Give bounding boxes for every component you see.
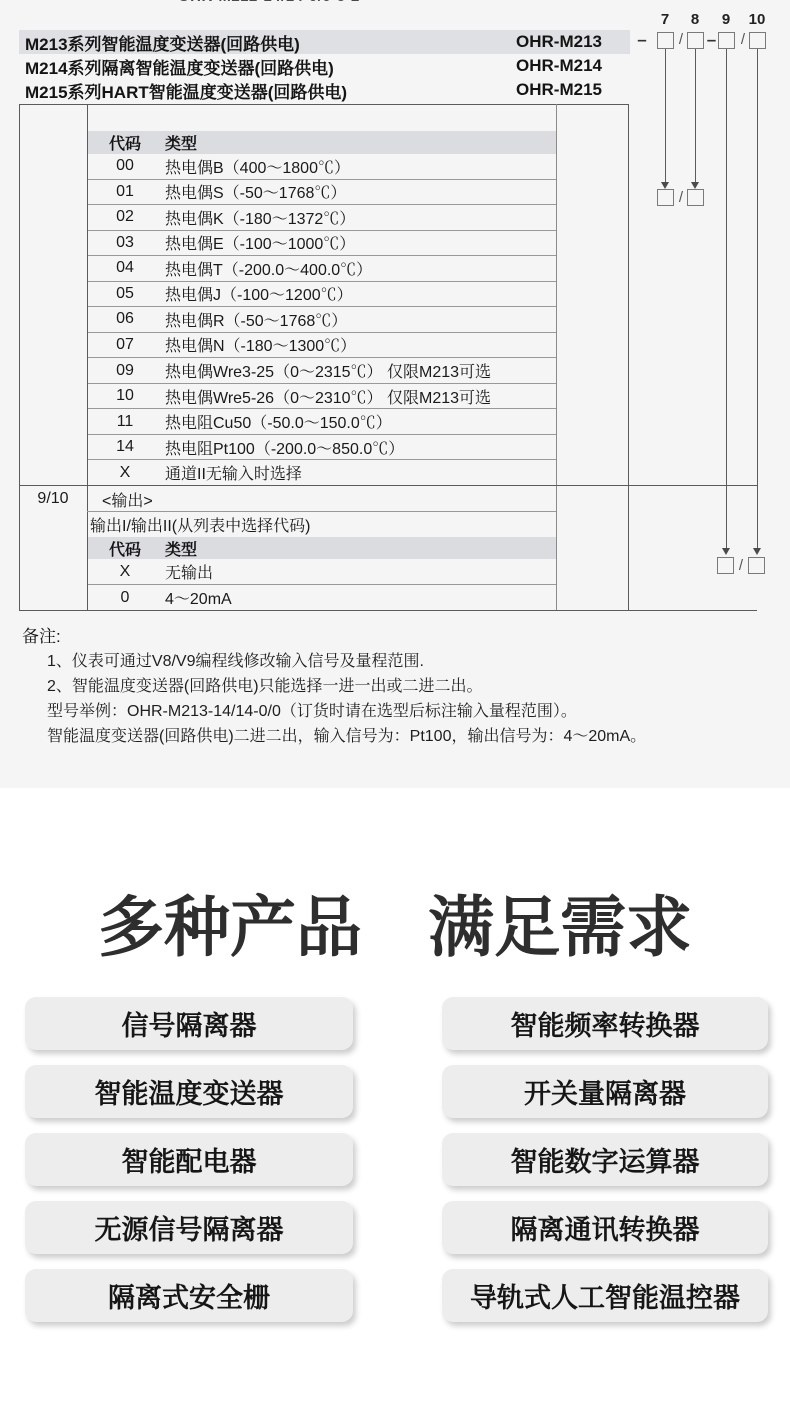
selection-box-8-target [687,189,704,206]
dash-separator: – [705,31,718,48]
type-code: 02 [88,208,162,226]
selection-box-10 [749,32,766,49]
input-type-row: 14热电阻Pt100（-200.0～850.0℃） [88,435,556,461]
type-desc: 热电偶B（400～1800℃） [162,155,350,178]
series-name: M214系列隔离智能温度变送器(回路供电) [25,54,334,79]
product-button-safety-barrier[interactable]: 隔离式安全栅 [25,1269,353,1322]
slash-separator: / [675,189,687,207]
output-table-body: X无输出 04～20mA [88,559,556,610]
slash-separator: / [737,31,749,49]
table-border-top [19,104,628,105]
dash-separator: – [634,31,650,48]
product-button-comm-converter[interactable]: 隔离通讯转换器 [442,1201,768,1254]
type-desc: 热电偶Wre5-26（0～2310℃） 仅限M213可选 [162,385,491,408]
product-button-switch-isolator[interactable]: 开关量隔离器 [442,1065,768,1118]
product-button-passive-isolator[interactable]: 无源信号隔离器 [25,1201,353,1254]
type-desc: 4～20mA [162,586,232,609]
input-type-row: 05热电偶J（-100～1200℃） [88,282,556,308]
digit-label-7: 7 [653,11,677,28]
type-column-header: 类型 [162,537,197,560]
selection-box-9 [718,32,735,49]
type-desc: 热电偶E（-100～1000℃） [162,231,355,254]
arrow-down-icon [722,548,730,555]
type-desc: 热电阻Pt100（-200.0～850.0℃） [162,436,404,459]
product-button-frequency-converter[interactable]: 智能频率转换器 [442,997,768,1050]
arrow-down-icon [753,548,761,555]
selection-box-7-target [657,189,674,206]
input-type-row: 03热电偶E（-100～1000℃） [88,231,556,257]
selection-box-10-target [748,557,765,574]
type-code: 14 [88,438,162,456]
series-row-m213: M213系列智能温度变送器(回路供电) OHR-M213 [19,30,630,54]
type-desc: 热电偶T（-200.0～400.0℃） [162,257,372,280]
input-table-header: 代码 类型 [88,131,556,154]
type-code: 03 [88,234,162,252]
note-line: 2、智能温度变送器(回路供电)只能选择一进一出或二进二出。 [47,674,777,699]
type-desc: 热电偶R（-50～1768℃） [162,308,347,331]
connector-line-8 [695,49,696,182]
product-button-signal-isolator[interactable]: 信号隔离器 [25,997,353,1050]
inner-table-border-right [556,104,557,610]
input-type-row: 10热电偶Wre5-26（0～2310℃） 仅限M213可选 [88,384,556,410]
series-model: OHR-M214 [516,56,602,76]
output-table-header: 代码 类型 [88,537,556,559]
type-desc: 热电阻Cu50（-50.0～150.0℃） [162,410,392,433]
type-desc: 热电偶S（-50～1768℃） [162,180,346,203]
output-type-row: X无输出 [88,559,556,585]
input-table-body: 00热电偶B（400～1800℃） 01热电偶S（-50～1768℃） 02热电… [88,154,556,485]
arrow-down-icon [691,182,699,189]
series-row-m215: M215系列HART智能温度变送器(回路供电) OHR-M215 [19,78,630,102]
type-desc: 无输出 [162,560,213,583]
type-desc: 热电偶N（-180～1300℃） [162,333,356,356]
slash-separator: / [675,31,687,49]
input-type-row: 11热电阻Cu50（-50.0～150.0℃） [88,409,556,435]
series-row-m214: M214系列隔离智能温度变送器(回路供电) OHR-M214 [19,54,630,78]
table-border-right [628,104,629,610]
position-label-9-10: 9/10 [19,487,87,511]
table-border-bottom [19,610,757,611]
code-column-header: 代码 [88,537,162,560]
model-spec-section: OHR-M212-14/14-0/0-5-2 7 8 9 10 M213系列智能… [0,0,790,788]
product-button-temp-transmitter[interactable]: 智能温度变送器 [25,1065,353,1118]
connector-line-10 [757,49,758,548]
input-type-row: 07热电偶N（-180～1300℃） [88,333,556,359]
output-type-row: 04～20mA [88,585,556,610]
clipped-model-text: OHR-M212-14/14-0/0-5-2 [178,0,508,7]
arrow-down-icon [661,182,669,189]
digit-label-10: 10 [745,11,769,28]
note-line: 智能温度变送器(回路供电)二进二出，输入信号为：Pt100，输出信号为：4～20… [47,724,777,749]
type-code: 01 [88,183,162,201]
notes-title: 备注: [22,622,61,647]
type-desc: 热电偶Wre3-25（0～2315℃） 仅限M213可选 [162,359,491,382]
type-code: X [88,464,162,482]
slash-separator: / [735,557,747,575]
type-column-header: 类型 [162,131,197,154]
input-type-row: 04热电偶T（-200.0～400.0℃） [88,256,556,282]
selection-box-8 [687,32,704,49]
output-subtitle: 输出I/输出II(从列表中选择代码) [90,512,310,536]
product-button-digital-calculator[interactable]: 智能数字运算器 [442,1133,768,1186]
series-name: M215系列HART智能温度变送器(回路供电) [25,78,347,103]
input-type-row: 02热电偶K（-180～1372℃） [88,205,556,231]
type-code: 09 [88,362,162,380]
connector-line-9 [726,49,727,548]
digit-label-8: 8 [683,11,707,28]
digit-label-9: 9 [714,11,738,28]
output-title: <输出> [88,487,153,511]
type-code: X [88,563,162,581]
clipped-model-line: OHR-M212-14/14-0/0-5-2 [178,0,508,8]
input-type-row: X通道II无输入时选择 [88,460,556,485]
type-code: 07 [88,336,162,354]
series-model: OHR-M215 [516,80,602,100]
code-column-header: 代码 [88,131,162,154]
input-type-row: 06热电偶R（-50～1768℃） [88,307,556,333]
type-code: 11 [88,413,162,431]
product-button-rail-ai-thermostat[interactable]: 导轨式人工智能温控器 [442,1269,768,1322]
type-code: 10 [88,387,162,405]
type-code: 00 [88,157,162,175]
section-heading: 多种产品 满足需求 [0,894,790,960]
type-code: 0 [88,589,162,607]
type-code: 06 [88,310,162,328]
type-code: 05 [88,285,162,303]
note-line: 型号举例：OHR-M213-14/14-0/0（订货时请在选型后标注输入量程范围… [47,699,777,724]
type-desc: 热电偶K（-180～1372℃） [162,206,355,229]
input-type-row: 01热电偶S（-50～1768℃） [88,180,556,206]
input-type-row: 09热电偶Wre3-25（0～2315℃） 仅限M213可选 [88,358,556,384]
series-name: M213系列智能温度变送器(回路供电) [25,30,300,55]
selection-box-9-target [717,557,734,574]
selection-box-7 [657,32,674,49]
note-line: 1、仪表可通过V8/V9编程线修改输入信号及量程范围. [47,649,777,674]
type-desc: 热电偶J（-100～1200℃） [162,282,353,305]
type-desc: 通道II无输入时选择 [162,461,302,484]
connector-line-7 [665,49,666,182]
table-border-left [19,104,20,610]
product-button-distributor[interactable]: 智能配电器 [25,1133,353,1186]
series-model: OHR-M213 [516,32,602,52]
page: OHR-M212-14/14-0/0-5-2 7 8 9 10 M213系列智能… [0,0,790,1404]
input-type-row: 00热电偶B（400～1800℃） [88,154,556,180]
table-section-divider [19,485,757,486]
type-code: 04 [88,259,162,277]
